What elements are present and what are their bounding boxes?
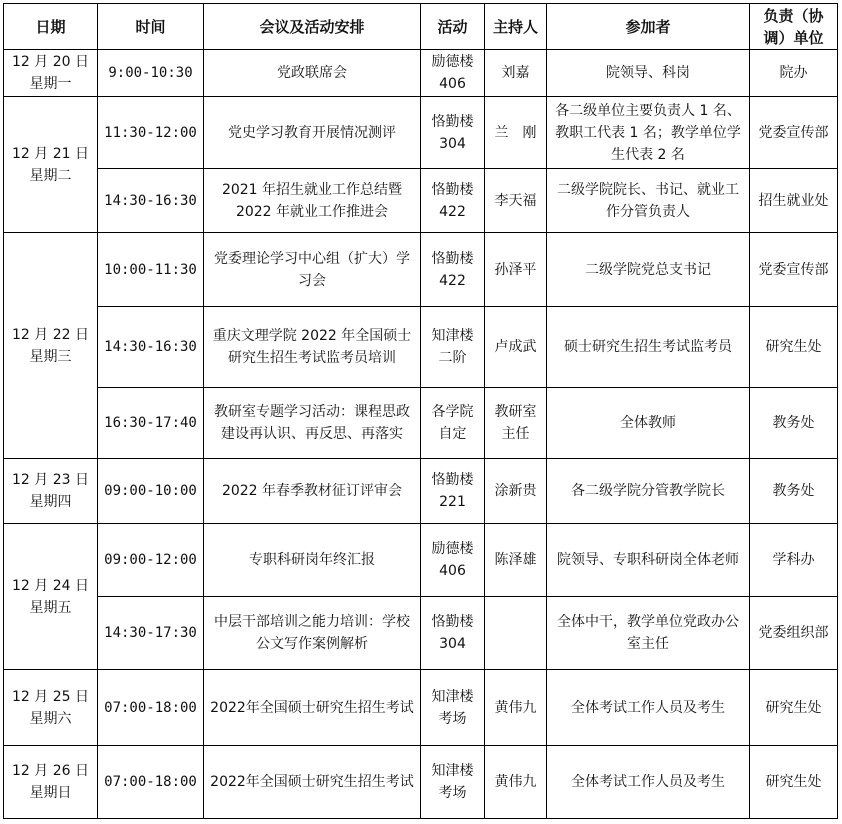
table-row: 14:30-16:30 2021 年招生就业工作总结暨2022 年就业工作推进会… [4, 169, 838, 233]
venue-building: 知津楼 [425, 325, 480, 347]
venue-room: 221 [425, 491, 480, 513]
time-cell: 9:00-10:30 [98, 50, 204, 97]
date-text: 12 月 26 日 [8, 760, 93, 782]
host-cell: 黄伟九 [485, 746, 547, 819]
venue-cell: 励德楼406 [421, 50, 485, 97]
venue-room: 二阶 [425, 347, 480, 369]
table-row: 12 月 21 日星期二 11:30-12:00 党史学习教育开展情况测评 恪勤… [4, 97, 838, 169]
host-line: 教研室 [489, 401, 542, 423]
host-cell: 孙泽平 [485, 233, 547, 307]
attendees-cell: 各二级学院分管教学院长 [547, 459, 750, 524]
weekday-text: 星期日 [8, 782, 93, 804]
venue-room: 422 [425, 270, 480, 292]
weekday-text: 星期三 [8, 346, 93, 368]
venue-room: 304 [425, 633, 480, 655]
venue-cell: 励德楼406 [421, 524, 485, 597]
attendees-cell: 院领导、专职科研岗全体老师 [547, 524, 750, 597]
host-cell: 李天福 [485, 169, 547, 233]
time-cell: 07:00-18:00 [98, 670, 204, 746]
weekday-text: 星期二 [8, 165, 93, 187]
header-venue: 活动 [421, 4, 485, 50]
header-row: 日期 时间 会议及活动安排 活动 主持人 参加者 负责（协调）单位 [4, 4, 838, 50]
host-cell: 兰 刚 [485, 97, 547, 169]
table-row: 12 月 22 日星期三 10:00-11:30 党委理论学习中心组（扩大）学习… [4, 233, 838, 307]
header-date: 日期 [4, 4, 98, 50]
date-text: 12 月 25 日 [8, 686, 93, 708]
venue-cell: 恪勤楼221 [421, 459, 485, 524]
host-cell: 刘嘉 [485, 50, 547, 97]
unit-cell: 招生就业处 [750, 169, 838, 233]
venue-room: 406 [425, 560, 480, 582]
agenda-cell: 党政联席会 [204, 50, 421, 97]
host-cell [485, 597, 547, 670]
date-text: 12 月 24 日 [8, 575, 93, 597]
date-text: 12 月 20 日 [8, 51, 93, 73]
agenda-line: 2021 年招生就业工作总结暨 [208, 179, 416, 201]
agenda-cell: 专职科研岗年终汇报 [204, 524, 421, 597]
attendees-cell: 全体考试工作人员及考生 [547, 670, 750, 746]
date-cell: 12 月 25 日星期六 [4, 670, 98, 746]
time-cell: 09:00-12:00 [98, 524, 204, 597]
time-cell: 14:30-16:30 [98, 169, 204, 233]
table-row: 16:30-17:40 教研室专题学习活动：课程思政建设再认识、再反思、再落实 … [4, 388, 838, 459]
time-cell: 10:00-11:30 [98, 233, 204, 307]
attendees-cell: 各二级单位主要负责人 1 名、教职工代表 1 名；教学单位学生代表 2 名 [547, 97, 750, 169]
host-cell: 卢成武 [485, 307, 547, 388]
unit-cell: 学科办 [750, 524, 838, 597]
venue-room: 考场 [425, 782, 480, 804]
table-row: 12 月 25 日星期六 07:00-18:00 2022年全国硕士研究生招生考… [4, 670, 838, 746]
attendees-cell: 全体教师 [547, 388, 750, 459]
unit-cell: 研究生处 [750, 307, 838, 388]
venue-cell: 知津楼考场 [421, 670, 485, 746]
venue-building: 励德楼 [425, 538, 480, 560]
host-cell: 教研室主任 [485, 388, 547, 459]
venue-cell: 恪勤楼422 [421, 169, 485, 233]
unit-cell: 教务处 [750, 388, 838, 459]
header-unit-l2: 调）单位 [754, 27, 833, 49]
time-cell: 16:30-17:40 [98, 388, 204, 459]
venue-room: 422 [425, 201, 480, 223]
unit-cell: 党委宣传部 [750, 233, 838, 307]
attendees-cell: 院领导、科岗 [547, 50, 750, 97]
table-row: 12 月 26 日星期日 07:00-18:00 2022年全国硕士研究生招生考… [4, 746, 838, 819]
agenda-cell: 2022 年春季教材征订评审会 [204, 459, 421, 524]
time-cell: 14:30-16:30 [98, 307, 204, 388]
agenda-line: 2022 年就业工作推进会 [208, 201, 416, 223]
venue-building: 励德楼 [425, 51, 480, 73]
agenda-cell: 中层干部培训之能力培训：学校公文写作案例解析 [204, 597, 421, 670]
venue-room: 自定 [425, 423, 480, 445]
venue-building: 恪勤楼 [425, 611, 480, 633]
agenda-cell: 重庆文理学院 2022 年全国硕士研究生招生考试监考员培训 [204, 307, 421, 388]
host-cell: 涂新贵 [485, 459, 547, 524]
venue-building: 恪勤楼 [425, 469, 480, 491]
agenda-cell: 党委理论学习中心组（扩大）学习会 [204, 233, 421, 307]
table-row: 14:30-17:30 中层干部培训之能力培训：学校公文写作案例解析 恪勤楼30… [4, 597, 838, 670]
venue-room: 考场 [425, 708, 480, 730]
agenda-cell: 教研室专题学习活动：课程思政建设再认识、再反思、再落实 [204, 388, 421, 459]
time-cell: 09:00-10:00 [98, 459, 204, 524]
weekday-text: 星期一 [8, 73, 93, 95]
table-row: 12 月 24 日星期五 09:00-12:00 专职科研岗年终汇报 励德楼40… [4, 524, 838, 597]
host-cell: 陈泽雄 [485, 524, 547, 597]
time-cell: 07:00-18:00 [98, 746, 204, 819]
header-agenda: 会议及活动安排 [204, 4, 421, 50]
host-line: 主任 [489, 423, 542, 445]
host-cell: 黄伟九 [485, 670, 547, 746]
attendees-cell: 硕士研究生招生考试监考员 [547, 307, 750, 388]
header-host: 主持人 [485, 4, 547, 50]
table-row: 12 月 23 日星期四 09:00-10:00 2022 年春季教材征订评审会… [4, 459, 838, 524]
unit-cell: 教务处 [750, 459, 838, 524]
weekday-text: 星期五 [8, 597, 93, 619]
agenda-cell: 2021 年招生就业工作总结暨2022 年就业工作推进会 [204, 169, 421, 233]
date-text: 12 月 23 日 [8, 469, 93, 491]
weekday-text: 星期四 [8, 491, 93, 513]
agenda-cell: 2022年全国硕士研究生招生考试 [204, 746, 421, 819]
table-row: 12 月 20 日星期一 9:00-10:30 党政联席会 励德楼406 刘嘉 … [4, 50, 838, 97]
date-cell: 12 月 21 日星期二 [4, 97, 98, 233]
venue-cell: 恪勤楼422 [421, 233, 485, 307]
agenda-cell: 2022年全国硕士研究生招生考试 [204, 670, 421, 746]
schedule-table: 日期 时间 会议及活动安排 活动 主持人 参加者 负责（协调）单位 12 月 2… [3, 3, 838, 819]
weekday-text: 星期六 [8, 708, 93, 730]
venue-building: 各学院 [425, 401, 480, 423]
venue-building: 恪勤楼 [425, 248, 480, 270]
header-attendees: 参加者 [547, 4, 750, 50]
header-unit-l1: 负责（协 [754, 5, 833, 27]
attendees-cell: 二级学院院长、书记、就业工作分管负责人 [547, 169, 750, 233]
date-cell: 12 月 20 日星期一 [4, 50, 98, 97]
venue-building: 恪勤楼 [425, 111, 480, 133]
unit-cell: 研究生处 [750, 746, 838, 819]
agenda-cell: 党史学习教育开展情况测评 [204, 97, 421, 169]
unit-cell: 研究生处 [750, 670, 838, 746]
venue-building: 知津楼 [425, 760, 480, 782]
date-text: 12 月 22 日 [8, 324, 93, 346]
venue-cell: 恪勤楼304 [421, 97, 485, 169]
date-text: 12 月 21 日 [8, 143, 93, 165]
venue-building: 知津楼 [425, 686, 480, 708]
venue-cell: 知津楼考场 [421, 746, 485, 819]
unit-cell: 院办 [750, 50, 838, 97]
venue-cell: 各学院自定 [421, 388, 485, 459]
header-time: 时间 [98, 4, 204, 50]
venue-room: 406 [425, 73, 480, 95]
unit-cell: 党委组织部 [750, 597, 838, 670]
time-cell: 11:30-12:00 [98, 97, 204, 169]
date-cell: 12 月 22 日星期三 [4, 233, 98, 459]
attendees-cell: 全体考试工作人员及考生 [547, 746, 750, 819]
venue-building: 恪勤楼 [425, 179, 480, 201]
date-cell: 12 月 23 日星期四 [4, 459, 98, 524]
venue-cell: 知津楼二阶 [421, 307, 485, 388]
header-unit: 负责（协调）单位 [750, 4, 838, 50]
attendees-cell: 二级学院党总支书记 [547, 233, 750, 307]
venue-cell: 恪勤楼304 [421, 597, 485, 670]
attendees-cell: 全体中干，教学单位党政办公室主任 [547, 597, 750, 670]
venue-room: 304 [425, 133, 480, 155]
unit-cell: 党委宣传部 [750, 97, 838, 169]
date-cell: 12 月 24 日星期五 [4, 524, 98, 670]
time-cell: 14:30-17:30 [98, 597, 204, 670]
table-row: 14:30-16:30 重庆文理学院 2022 年全国硕士研究生招生考试监考员培… [4, 307, 838, 388]
date-cell: 12 月 26 日星期日 [4, 746, 98, 819]
